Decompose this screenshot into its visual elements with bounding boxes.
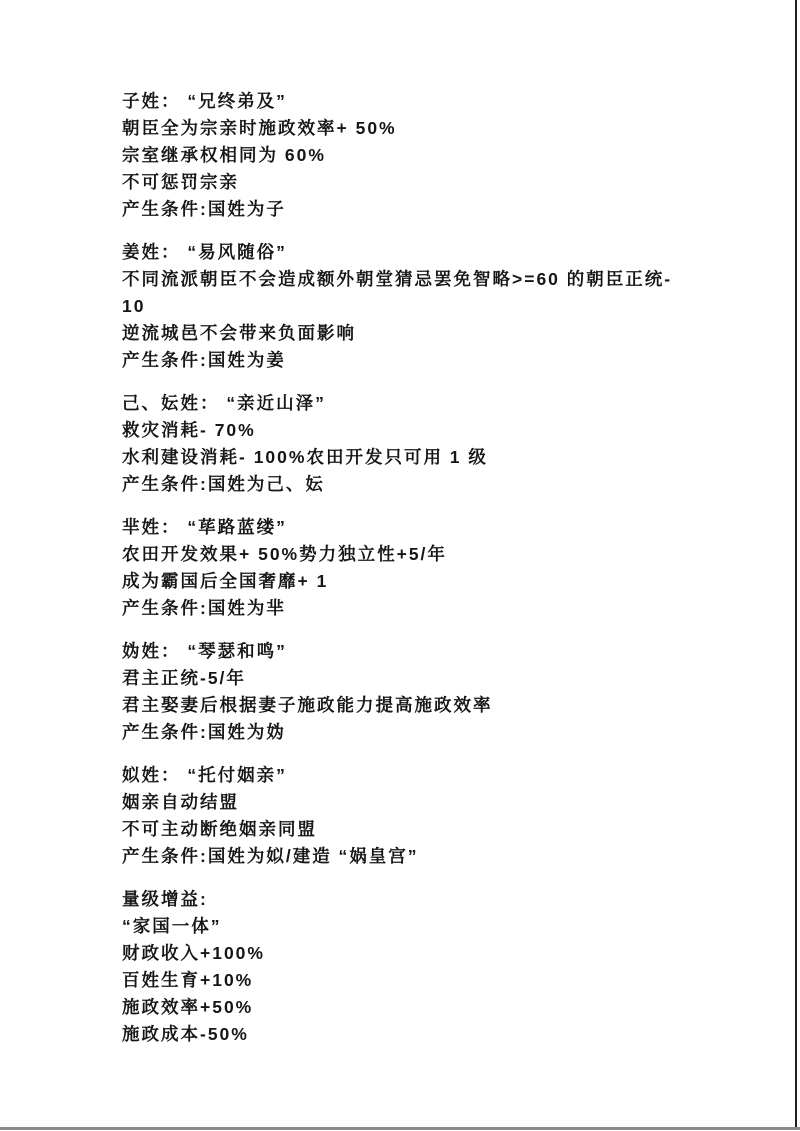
section-title: 姒姓： “托付姻亲”	[122, 762, 722, 789]
text-line: 产生条件:国姓为子	[122, 196, 722, 223]
text-line: 宗室继承权相同为 60%	[122, 142, 722, 169]
text-line: 朝臣全为宗亲时施政效率+ 50%	[122, 115, 722, 142]
section-title: 己、妘姓： “亲近山泽”	[122, 390, 722, 417]
text-line: 百姓生育+10%	[122, 967, 722, 994]
section-tier-bonus: 量级增益: “家国一体” 财政收入+100% 百姓生育+10% 施政效率+50%…	[122, 886, 722, 1048]
text-line: 不可主动断绝姻亲同盟	[122, 816, 722, 843]
text-line: 财政收入+100%	[122, 940, 722, 967]
text-line: 10	[122, 293, 722, 320]
document-page: 子姓： “兄终弟及” 朝臣全为宗亲时施政效率+ 50% 宗室继承权相同为 60%…	[0, 0, 800, 1131]
text-line: 君主娶妻后根据妻子施政能力提高施政效率	[122, 692, 722, 719]
page-bottom-rule	[0, 1127, 800, 1130]
text-line: 水利建设消耗- 100%农田开发只可用 1 级	[122, 444, 722, 471]
text-line: “家国一体”	[122, 913, 722, 940]
text-line: 产生条件:国姓为妫	[122, 719, 722, 746]
section-gui-surname: 妫姓： “琴瑟和鸣” 君主正统-5/年 君主娶妻后根据妻子施政能力提高施政效率 …	[122, 638, 722, 746]
text-line: 君主正统-5/年	[122, 665, 722, 692]
text-line: 施政成本-50%	[122, 1021, 722, 1048]
text-line: 逆流城邑不会带来负面影响	[122, 320, 722, 347]
section-si-surname: 姒姓： “托付姻亲” 姻亲自动结盟 不可主动断绝姻亲同盟 产生条件:国姓为姒/建…	[122, 762, 722, 870]
text-line: 姻亲自动结盟	[122, 789, 722, 816]
section-title: 量级增益:	[122, 886, 722, 913]
text-line: 产生条件:国姓为芈	[122, 595, 722, 622]
text-line: 产生条件:国姓为己、妘	[122, 471, 722, 498]
text-line: 不同流派朝臣不会造成额外朝堂猜忌罢免智略>=60 的朝臣正统-	[122, 266, 722, 293]
section-mi-surname: 芈姓： “荜路蓝缕” 农田开发效果+ 50%势力独立性+5/年 成为霸国后全国奢…	[122, 514, 722, 622]
section-title: 妫姓： “琴瑟和鸣”	[122, 638, 722, 665]
section-zi-surname: 子姓： “兄终弟及” 朝臣全为宗亲时施政效率+ 50% 宗室继承权相同为 60%…	[122, 88, 722, 223]
text-line: 施政效率+50%	[122, 994, 722, 1021]
page-right-rule	[795, 0, 797, 1129]
section-ji-yun-surname: 己、妘姓： “亲近山泽” 救灾消耗- 70% 水利建设消耗- 100%农田开发只…	[122, 390, 722, 498]
text-line: 农田开发效果+ 50%势力独立性+5/年	[122, 541, 722, 568]
section-title: 子姓： “兄终弟及”	[122, 88, 722, 115]
document-content: 子姓： “兄终弟及” 朝臣全为宗亲时施政效率+ 50% 宗室继承权相同为 60%…	[122, 88, 722, 1064]
text-line: 不可惩罚宗亲	[122, 169, 722, 196]
section-title: 姜姓： “易风随俗”	[122, 239, 722, 266]
text-line: 产生条件:国姓为姒/建造 “娲皇宫”	[122, 843, 722, 870]
text-line: 产生条件:国姓为姜	[122, 347, 722, 374]
text-line: 救灾消耗- 70%	[122, 417, 722, 444]
section-jiang-surname: 姜姓： “易风随俗” 不同流派朝臣不会造成额外朝堂猜忌罢免智略>=60 的朝臣正…	[122, 239, 722, 374]
text-line: 成为霸国后全国奢靡+ 1	[122, 568, 722, 595]
section-title: 芈姓： “荜路蓝缕”	[122, 514, 722, 541]
